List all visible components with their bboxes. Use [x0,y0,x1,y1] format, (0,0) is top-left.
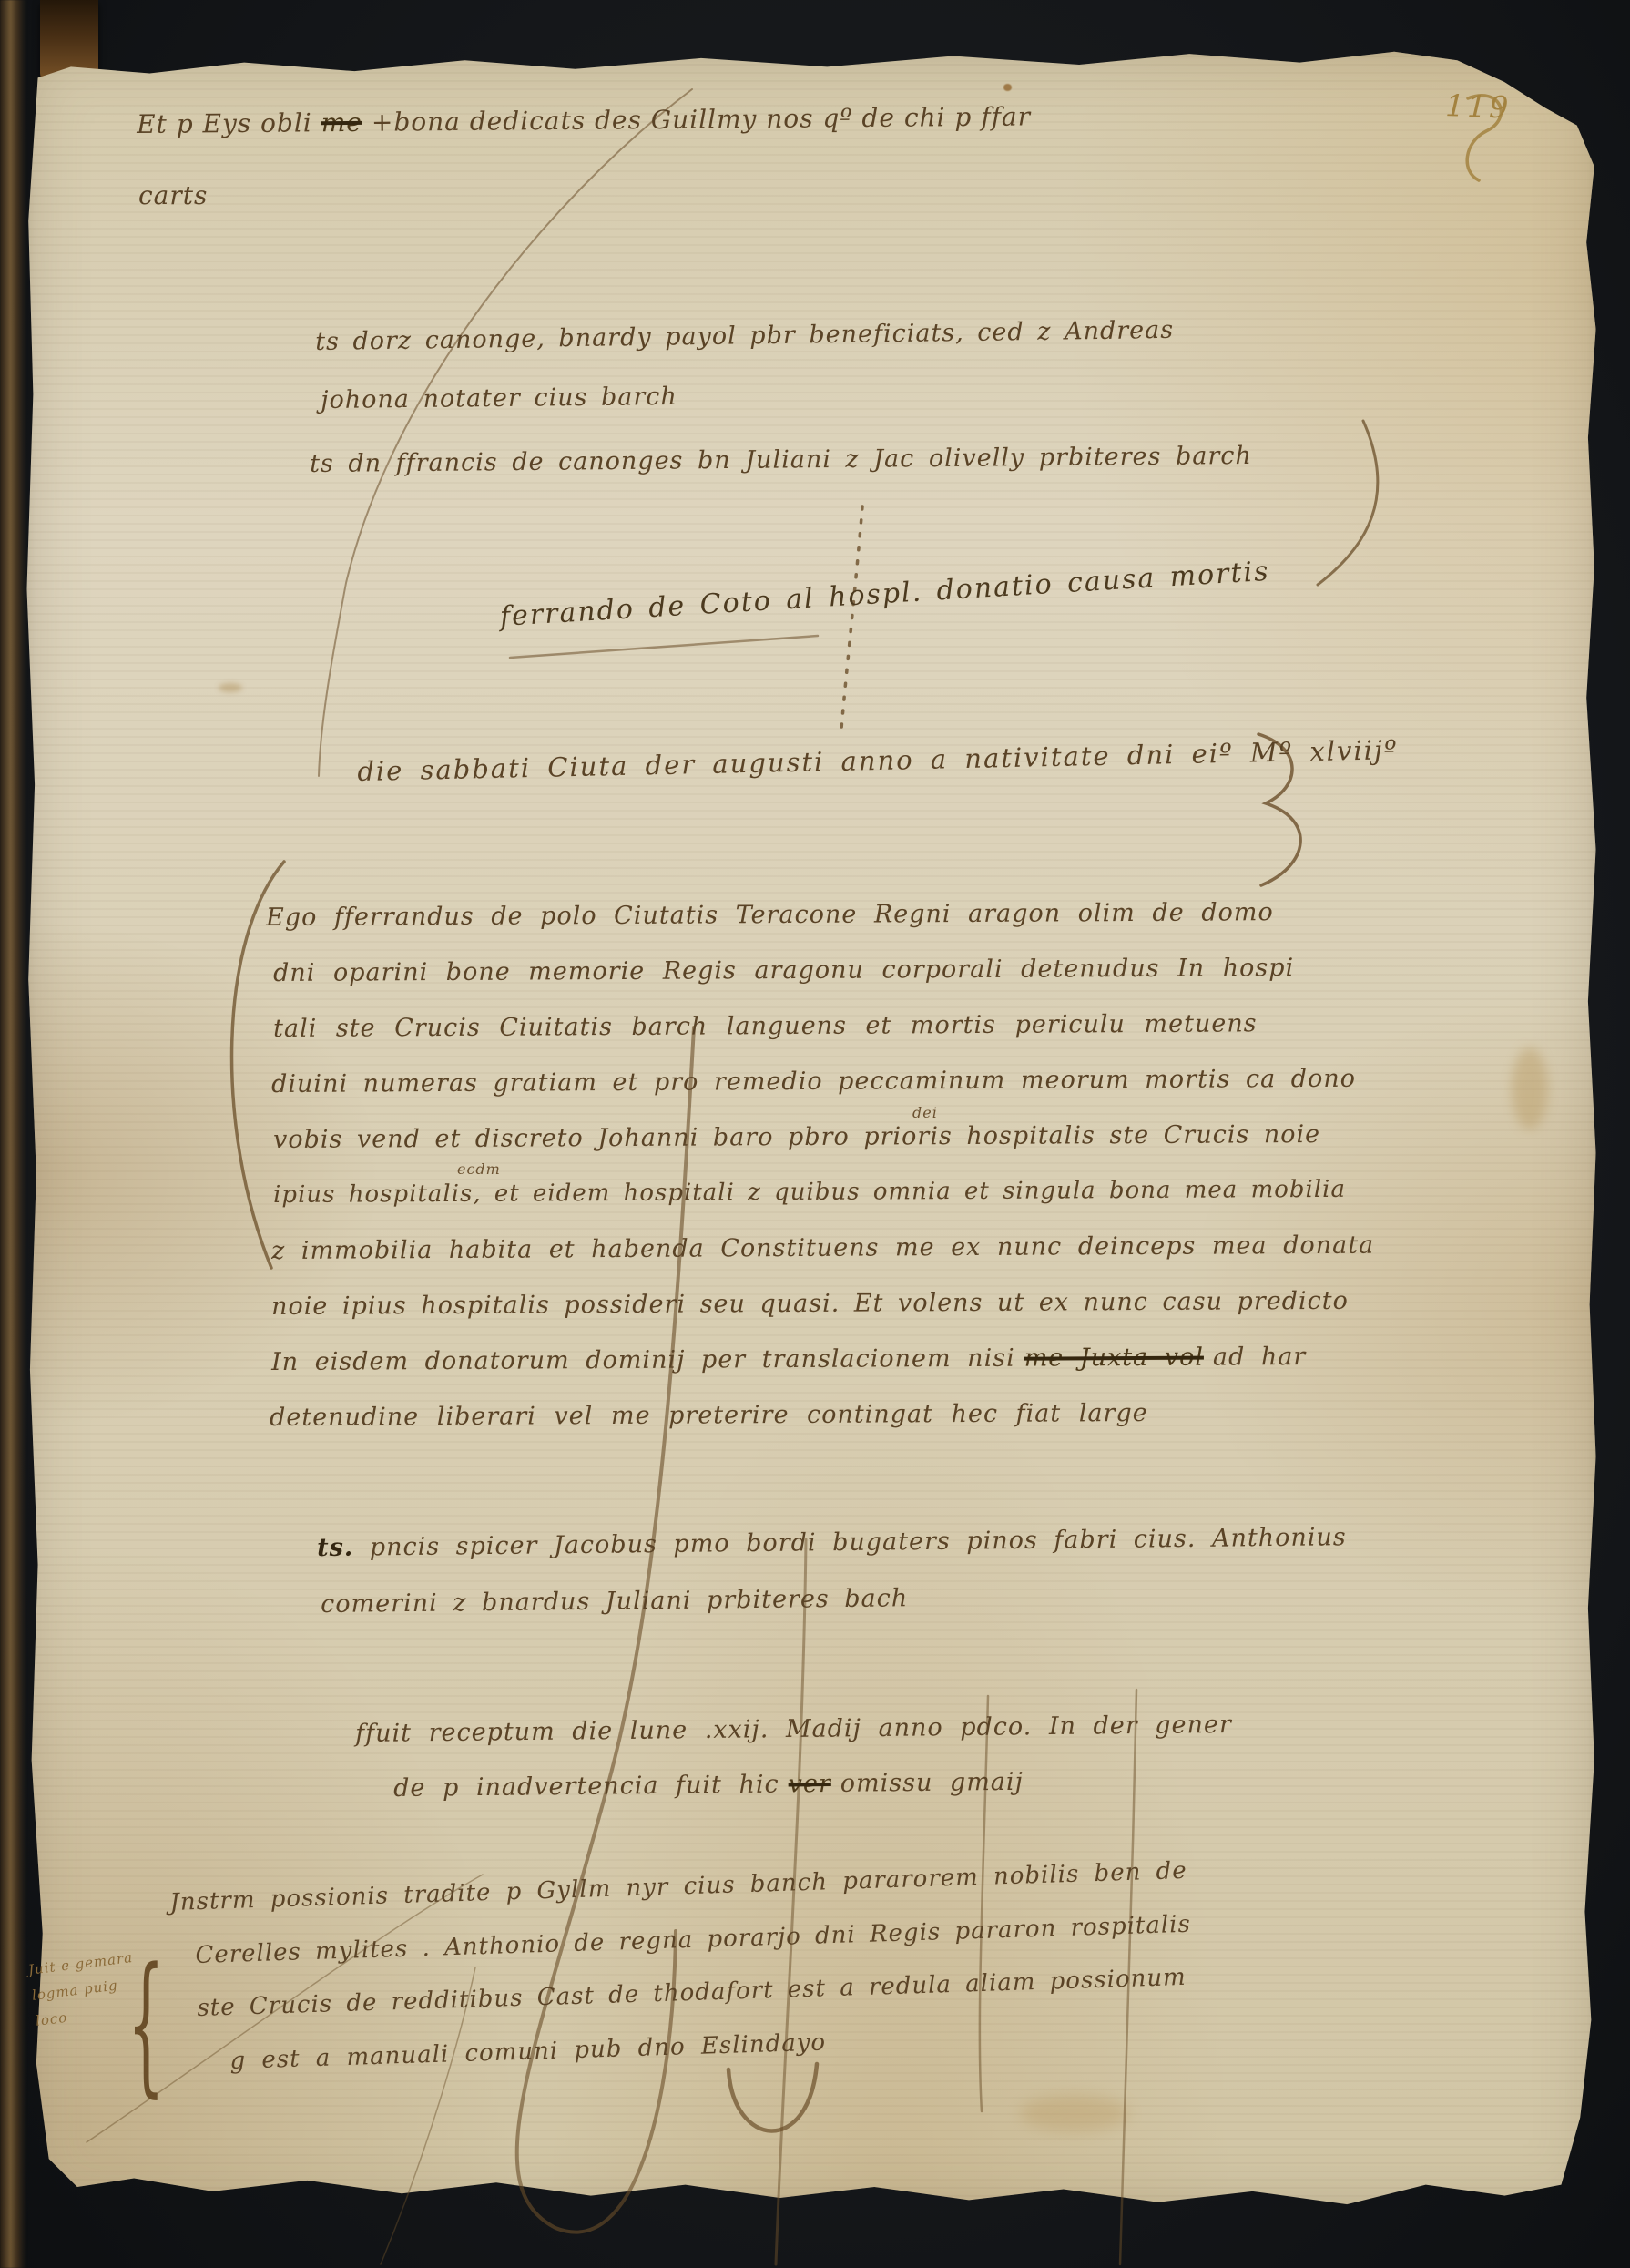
body-line: vobis vend et discreto Johanni baro pbro… [273,1120,1320,1154]
manuscript-photo: 119 Et p Eys oblime+bona dedicats des Gu… [0,0,1630,2268]
body-line: Ego fferrandus de polo Ciutatis Teracone… [266,898,1274,932]
top-note-struck-word: me [321,107,362,138]
top-note-carry: carts [138,180,208,210]
body-line9-struck: me Juxta vol [1024,1343,1204,1373]
body-interlinear-dei: dei [912,1104,938,1121]
body-interlinear-ecdm: ecdm [457,1160,501,1178]
testes-marker: ts. [317,1534,353,1562]
body-line: z immobilia habita et habenda Constituen… [271,1231,1374,1265]
witness-note1-line2: johona notater cius barch [321,383,677,414]
folio-number: 119 [1445,87,1512,125]
body-line-struck: In eisdem donatorum dominij per translac… [271,1343,1306,1376]
body-line9-prefix: In eisdem donatorum dominij per translac… [271,1344,1015,1376]
binding-crease [0,0,27,2268]
body-line: dni oparini bone memorie Regis aragonu c… [273,954,1294,987]
body-line: diuini numeras gratiam et pro remedio pe… [271,1065,1356,1098]
body-line: ipius hospitalis, et eidem hospitali z q… [273,1176,1346,1209]
top-note-prefix: Et p Eys obli [137,107,312,139]
body-line: tali ste Crucis Ciuitatis barch languens… [273,1009,1258,1043]
body-line: detenudine liberari vel me preterire con… [270,1399,1148,1432]
body-line9-suffix: ad har [1213,1343,1307,1372]
receipt-line2-suffix: omissu gmaij [840,1768,1024,1798]
body-line: noie ipius hospitalis possideri seu quas… [271,1287,1349,1321]
top-note-suffix: +bona dedicats des Guillmy nos qº de chi… [372,101,1031,137]
receipt-line2-prefix: de p inadvertencia fuit hic [393,1771,779,1803]
receipt-line2-struck: ver [788,1770,830,1798]
